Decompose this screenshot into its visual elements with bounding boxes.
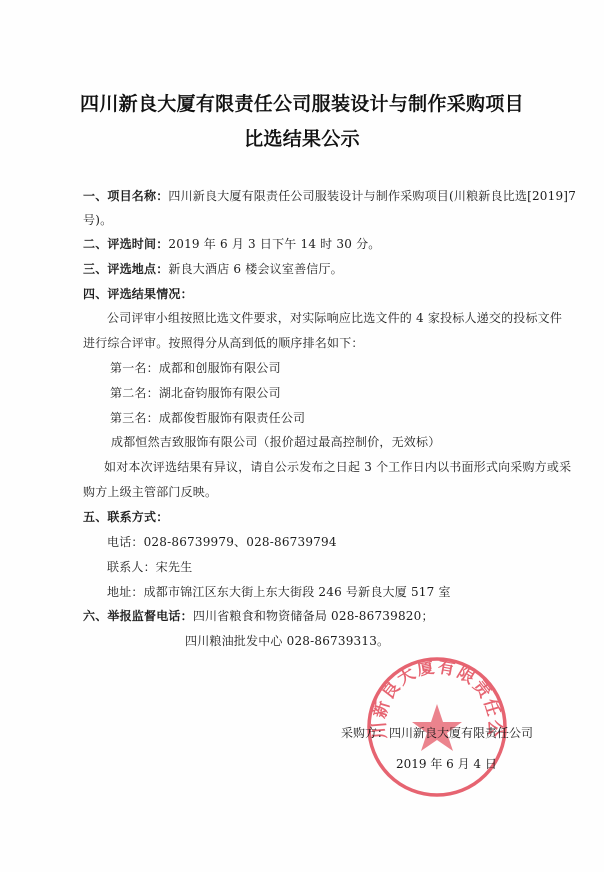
section-heading: 三、评选地点： bbox=[83, 262, 168, 276]
ranking-label: 第三名： bbox=[110, 411, 159, 425]
ranking-label: 第二名： bbox=[110, 386, 159, 400]
contact-person: 联系人：宋先生 bbox=[107, 558, 192, 575]
ranking-item: 第一名：成都和创服饰有限公司 bbox=[110, 359, 281, 376]
ranking-company: 成都俊哲服饰有限责任公司 bbox=[159, 411, 305, 425]
ranking-item: 第三名：成都俊哲服饰有限责任公司 bbox=[110, 409, 305, 426]
objection-line1: 如对本次评选结果有异议，请自公示发布之日起 3 个工作日内以书面形式向采购方或采 bbox=[104, 458, 571, 475]
section-review-time: 二、评选时间：2019 年 6 月 3 日下午 14 时 30 分。 bbox=[83, 235, 381, 252]
section-heading: 一、项目名称： bbox=[83, 189, 168, 203]
section-supervision: 六、举报监督电话：四川省粮食和物资储备局 028-86739820； bbox=[83, 607, 434, 624]
ranking-item: 第二名：湖北奋钧服饰有限公司 bbox=[110, 384, 281, 401]
supervision-line1: 四川省粮食和物资储备局 028-86739820； bbox=[193, 609, 434, 623]
review-location-text: 新良大酒店 6 楼会议室善信厅。 bbox=[168, 262, 342, 276]
contact-phone: 电话：028-86739979、028-86739794 bbox=[107, 533, 337, 550]
review-time-text: 2019 年 6 月 3 日下午 14 时 30 分。 bbox=[168, 237, 380, 251]
document-subtitle: 比选结果公示 bbox=[0, 124, 604, 151]
review-paragraph-line1: 公司评审小组按照比选文件要求，对实际响应比选文件的 4 家投标人递交的投标文件 bbox=[107, 309, 562, 326]
project-name-text: 四川新良大厦有限责任公司服装设计与制作采购项目(川粮新良比选[2019]7 bbox=[168, 189, 576, 203]
section-review-results-heading: 四、评选结果情况： bbox=[83, 285, 193, 302]
signature-date: 2019 年 6 月 4 日 bbox=[396, 755, 497, 772]
objection-line2: 购方上级主管部门反映。 bbox=[83, 483, 217, 500]
contact-address: 地址：成都市锦江区东大街上东大街段 246 号新良大厦 517 室 bbox=[107, 583, 451, 600]
project-name-continuation: 号)。 bbox=[83, 211, 112, 228]
section-contact-heading: 五、联系方式： bbox=[83, 508, 168, 525]
invalid-bid-note: 成都恒然吉致服饰有限公司（报价超过最高控制价，无效标） bbox=[111, 433, 440, 450]
ranking-company: 成都和创服饰有限公司 bbox=[159, 361, 281, 375]
review-paragraph-line2: 进行综合评审。按照得分从高到低的顺序排名如下： bbox=[83, 334, 364, 351]
section-project-name: 一、项目名称：四川新良大厦有限责任公司服装设计与制作采购项目(川粮新良比选[20… bbox=[83, 187, 576, 204]
section-heading: 二、评选时间： bbox=[83, 237, 168, 251]
document-page: 四川新良大厦有限责任公司服装设计与制作采购项目 比选结果公示 一、项目名称：四川… bbox=[0, 0, 604, 872]
section-review-location: 三、评选地点：新良大酒店 6 楼会议室善信厅。 bbox=[83, 260, 343, 277]
ranking-label: 第一名： bbox=[110, 361, 159, 375]
document-title: 四川新良大厦有限责任公司服装设计与制作采购项目 bbox=[0, 89, 604, 116]
purchaser-signature: 采购方：四川新良大厦有限责任公司 bbox=[341, 724, 533, 741]
section-heading: 六、举报监督电话： bbox=[83, 609, 193, 623]
supervision-line2: 四川粮油批发中心 028-86739313。 bbox=[185, 632, 389, 649]
ranking-company: 湖北奋钧服饰有限公司 bbox=[159, 386, 281, 400]
